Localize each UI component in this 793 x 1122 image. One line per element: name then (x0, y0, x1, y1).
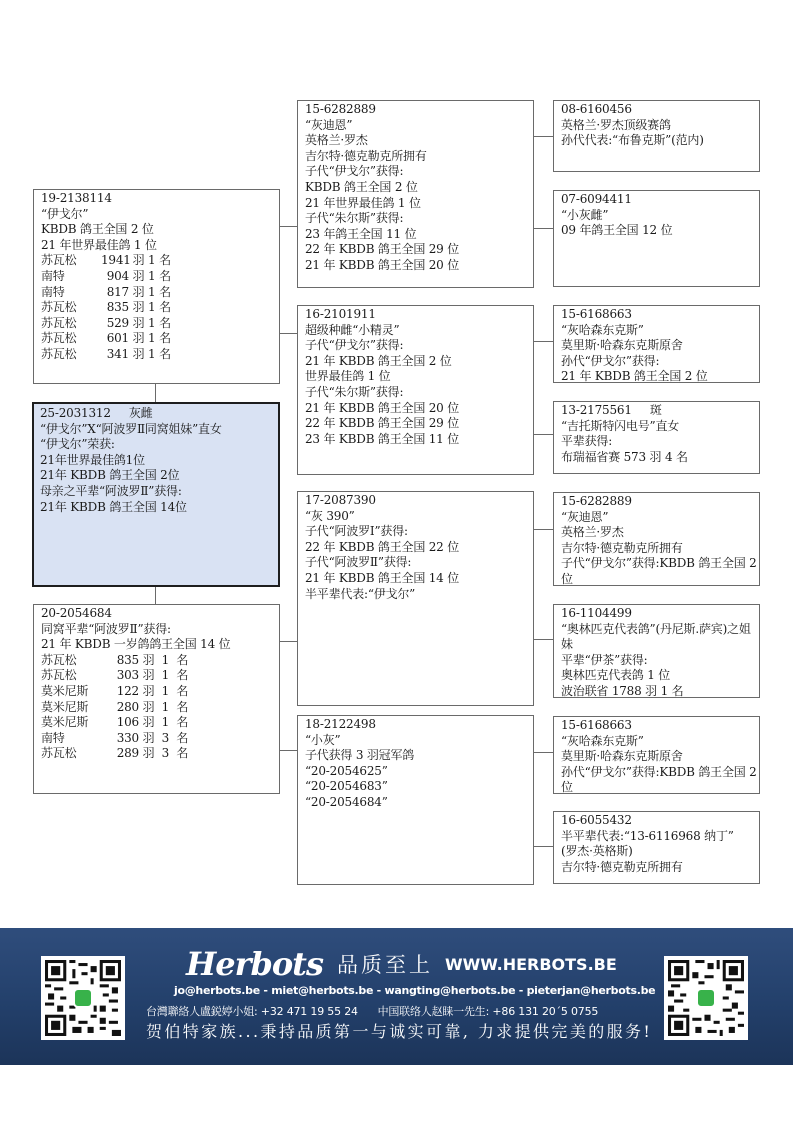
connector (279, 750, 297, 751)
pedigree-note: “伊戈尔”X“阿波罗Ⅱ同窝姐妹”直女 (40, 422, 274, 438)
achievement: 21 年 KBDB 一岁鸽鸽王全国 14 位 (41, 637, 279, 653)
pigeon-name: “灰哈森东克斯” (561, 323, 759, 339)
great-grandparent-box: 16-6055432 半平辈代表:“13-6116968 纳丁” (罗杰·英格斯… (553, 811, 760, 884)
achievement: 子代“伊戈尔”获得: (305, 338, 533, 354)
great-grandparent-box: 16-1104499 “奥林匹克代表鸽”(丹尼斯.萨宾)之姐妹 平辈“伊茶”获得… (553, 604, 760, 698)
achievement: 09 年鸽王全国 12 位 (561, 223, 759, 239)
pigeon-name: “灰 390” (305, 509, 533, 525)
pigeon-name: “奥林匹克代表鸽”(丹尼斯.萨宾)之姐妹 (561, 622, 759, 653)
pigeon-name: “灰迪恩” (305, 118, 533, 134)
owner: 吉尔特·德克勒克所拥有 (561, 541, 759, 557)
pigeon-name: “小灰” (305, 733, 533, 749)
achievement: 22 年 KBDB 鸽王全国 29 位 (305, 416, 533, 432)
wechat-icon (696, 988, 716, 1008)
contact-taiwan: 台灣聯絡人盧鋭婷小姐: +32 471 19 55 24 (146, 1005, 358, 1018)
connector (533, 228, 553, 229)
achievement: 半平辈代表:“伊戈尔” (305, 587, 533, 603)
achievement: 布瑞福省赛 573 羽 4 名 (561, 450, 759, 466)
color: 灰雌 (129, 406, 153, 420)
breeder: 莫里斯·哈森东克斯原舍 (561, 338, 759, 354)
achievement: 波治联省 1788 羽 1 名 (561, 684, 759, 700)
achievement: 23 年 KBDB 鸽王全国 11 位 (305, 432, 533, 448)
ring-number: 15-6168663 (561, 718, 759, 734)
result-row: 苏瓦松303 羽 1 名 (41, 668, 279, 684)
connector-sire-subject (155, 383, 156, 403)
connector (279, 641, 297, 642)
result-row: 苏瓦松341 羽 1 名 (41, 347, 279, 363)
connector (279, 226, 297, 227)
result-row: 苏瓦松835 羽 1 名 (41, 653, 279, 669)
ring-number: 25-2031312 (40, 406, 111, 420)
pigeon-name: “伊戈尔” (41, 207, 279, 223)
great-grandparent-box: 15-6282889 “灰迪恩” 英格兰·罗杰 吉尔特·德克勒克所拥有 子代“伊… (553, 492, 760, 586)
pigeon-name: 超级种雌“小精灵” (305, 323, 533, 339)
result-row: 苏瓦松1941 羽 1 名 (41, 253, 279, 269)
result-row: 苏瓦松835 羽 1 名 (41, 300, 279, 316)
achievement: 21 年 KBDB 鸽王全国 2 位 (305, 354, 533, 370)
ring-number: 15-6168663 (561, 307, 759, 323)
ring-number: 16-1104499 (561, 606, 759, 622)
contact-china: 中国联络人赵睐一先生: +86 131 20´5 0755 (378, 1005, 599, 1018)
subject-box: 25-2031312 灰雌 “伊戈尔”X“阿波罗Ⅱ同窝姐妹”直女 “伊戈尔”荣获… (32, 402, 280, 587)
line-icon (73, 988, 93, 1008)
achievement: 子代获得 3 羽冠军鸽 (305, 748, 533, 764)
motto: 贺伯特家族...秉持品质第一与诚实可靠, 力求提供完美的服务! (146, 1019, 652, 1042)
achievement: 子代“伊戈尔”获得:KBDB 鸽王全国 2 位 (561, 556, 759, 587)
email-list[interactable]: jo@herbots.be - miet@herbots.be - wangti… (174, 984, 655, 997)
achievement: 子代“伊戈尔”获得: (305, 164, 533, 180)
ring-number: 16-6055432 (561, 813, 759, 829)
ring-number: 16-2101911 (305, 307, 533, 323)
connector (533, 434, 553, 435)
achievement: 21 年 KBDB 鸽王全国 14 位 (305, 571, 533, 587)
great-grandparent-box: 15-6168663 “灰哈森东克斯” 莫里斯·哈森东克斯原舍 孙代“伊戈尔”获… (553, 716, 760, 794)
breeder: (罗杰·英格斯) (561, 844, 759, 860)
grandsire-paternal-box: 15-6282889 “灰迪恩” 英格兰·罗杰 吉尔特·德克勒克所拥有 子代“伊… (297, 100, 534, 288)
result-row: 苏瓦松601 羽 1 名 (41, 331, 279, 347)
qr-code-line[interactable] (41, 956, 125, 1040)
connector (279, 333, 297, 334)
connector (533, 529, 553, 530)
subject-header: 25-2031312 灰雌 (40, 406, 274, 422)
great-grandparent-box: 15-6168663 “灰哈森东克斯” 莫里斯·哈森东克斯原舍 孙代“伊戈尔”获… (553, 305, 760, 383)
granddam-maternal-box: 18-2122498 “小灰” 子代获得 3 羽冠军鸽 “20-2054625”… (297, 715, 534, 885)
connector (533, 752, 553, 753)
result-row: 莫米尼斯106 羽 1 名 (41, 715, 279, 731)
offspring-ring: “20-2054684” (305, 795, 533, 811)
ring-number: 17-2087390 (305, 493, 533, 509)
offspring-ring: “20-2054683” (305, 779, 533, 795)
great-grandparent-box: 07-6094411 “小灰雌” 09 年鸽王全国 12 位 (553, 190, 760, 287)
owner: 吉尔特·德克勒克所拥有 (561, 860, 759, 876)
result-row: 南特330 羽 3 名 (41, 731, 279, 747)
achievement: 世界最佳鸽 1 位 (305, 369, 533, 385)
great-grandparent-box: 13-2175561 斑 “吉托斯特闪电号”直女 平辈获得: 布瑞福省赛 573… (553, 401, 760, 474)
granddam-paternal-box: 16-2101911 超级种雌“小精灵” 子代“伊戈尔”获得: 21 年 KBD… (297, 305, 534, 475)
brand-row: Herbots 品质至上 WWW.HERBOTS.BE (186, 944, 617, 984)
ring-header: 13-2175561 斑 (561, 403, 759, 419)
pigeon-name: “小灰雌” (561, 208, 759, 224)
ring-number: 19-2138114 (41, 191, 279, 207)
qr-code-wechat[interactable] (664, 956, 748, 1040)
breeder: 英格兰·罗杰顶级赛鸽 (561, 118, 759, 134)
achievement: 23 年鸽王全国 11 位 (305, 227, 533, 243)
achievement: “伊戈尔”荣获: (40, 437, 274, 453)
website-link[interactable]: WWW.HERBOTS.BE (445, 955, 617, 974)
ring-number: 08-6160456 (561, 102, 759, 118)
breeder: 英格兰·罗杰 (561, 525, 759, 541)
ring-number: 15-6282889 (561, 494, 759, 510)
achievement: 孙代代表:“布鲁克斯”(范内) (561, 133, 759, 149)
achievement: 21 年世界最佳鸽 1 位 (41, 238, 279, 254)
achievement: 子代“阿波罗Ⅱ”获得: (305, 555, 533, 571)
achievement: 同窝平辈“阿波罗Ⅱ”获得: (41, 622, 279, 638)
achievement: 子代“阿波罗Ⅰ”获得: (305, 524, 533, 540)
achievement: 母亲之平辈“阿波罗Ⅱ”获得: (40, 484, 274, 500)
connector (533, 136, 553, 137)
color: 斑 (650, 403, 662, 417)
achievement: 22 年 KBDB 鸽王全国 29 位 (305, 242, 533, 258)
offspring-ring: “20-2054625” (305, 764, 533, 780)
achievement: 平辈获得: (561, 434, 759, 450)
sire-box: 19-2138114 “伊戈尔” KBDB 鸽王全国 2 位 21 年世界最佳鸽… (33, 189, 280, 384)
result-row: 南特904 羽 1 名 (41, 269, 279, 285)
achievement: 孙代“伊戈尔”获得:KBDB 鸽王全国 2 位 (561, 765, 759, 796)
achievement: 21年 KBDB 鸽王全国 2位 (40, 468, 274, 484)
achievement: 22 年 KBDB 鸽王全国 22 位 (305, 540, 533, 556)
dam-box: 20-2054684 同窝平辈“阿波罗Ⅱ”获得: 21 年 KBDB 一岁鸽鸽王… (33, 604, 280, 794)
ring-number: 07-6094411 (561, 192, 759, 208)
slogan: 品质至上 (337, 949, 433, 979)
pigeon-name: “灰哈森东克斯” (561, 734, 759, 750)
connector (533, 341, 553, 342)
result-row: 苏瓦松289 羽 3 名 (41, 746, 279, 762)
contact-line: 台灣聯絡人盧鋭婷小姐: +32 471 19 55 24 中国联络人赵睐一先生:… (146, 1003, 598, 1019)
breeder: 莫里斯·哈森东克斯原舍 (561, 749, 759, 765)
footer-banner: Herbots 品质至上 WWW.HERBOTS.BE jo@herbots.b… (0, 928, 793, 1065)
achievement: 平辈“伊茶”获得: (561, 653, 759, 669)
herbots-logo: Herbots (186, 945, 323, 983)
achievement: KBDB 鸽王全国 2 位 (41, 222, 279, 238)
achievement: 奥林匹克代表鸽 1 位 (561, 668, 759, 684)
achievement: 21 年 KBDB 鸽王全国 20 位 (305, 401, 533, 417)
pigeon-name: “吉托斯特闪电号”直女 (561, 419, 759, 435)
achievement: 21 年 KBDB 鸽王全国 2 位 (561, 369, 759, 385)
connector (533, 639, 553, 640)
achievement: 子代“朱尔斯”获得: (305, 385, 533, 401)
ring-number: 20-2054684 (41, 606, 279, 622)
owner: 吉尔特·德克勒克所拥有 (305, 149, 533, 165)
ring-number: 18-2122498 (305, 717, 533, 733)
achievement: 孙代“伊戈尔”获得: (561, 354, 759, 370)
breeder: 英格兰·罗杰 (305, 133, 533, 149)
result-row: 苏瓦松529 羽 1 名 (41, 316, 279, 332)
result-row: 莫米尼斯122 羽 1 名 (41, 684, 279, 700)
grandsire-maternal-box: 17-2087390 “灰 390” 子代“阿波罗Ⅰ”获得: 22 年 KBDB… (297, 491, 534, 706)
connector-subject-dam (155, 586, 156, 605)
pigeon-name: “灰迪恩” (561, 510, 759, 526)
achievement: 半平辈代表:“13-6116968 纳丁” (561, 829, 759, 845)
achievement: 子代“朱尔斯”获得: (305, 211, 533, 227)
achievement: 21 年 KBDB 鸽王全国 20 位 (305, 258, 533, 274)
connector (533, 846, 553, 847)
achievement: 21 年世界最佳鸽 1 位 (305, 196, 533, 212)
result-row: 莫米尼斯280 羽 1 名 (41, 700, 279, 716)
great-grandparent-box: 08-6160456 英格兰·罗杰顶级赛鸽 孙代代表:“布鲁克斯”(范内) (553, 100, 760, 172)
achievement: 21年 KBDB 鸽王全国 14位 (40, 500, 274, 516)
result-row: 南特817 羽 1 名 (41, 285, 279, 301)
achievement: 21年世界最佳鸽1位 (40, 453, 274, 469)
ring-number: 15-6282889 (305, 102, 533, 118)
ring-number: 13-2175561 (561, 403, 632, 417)
achievement: KBDB 鸽王全国 2 位 (305, 180, 533, 196)
